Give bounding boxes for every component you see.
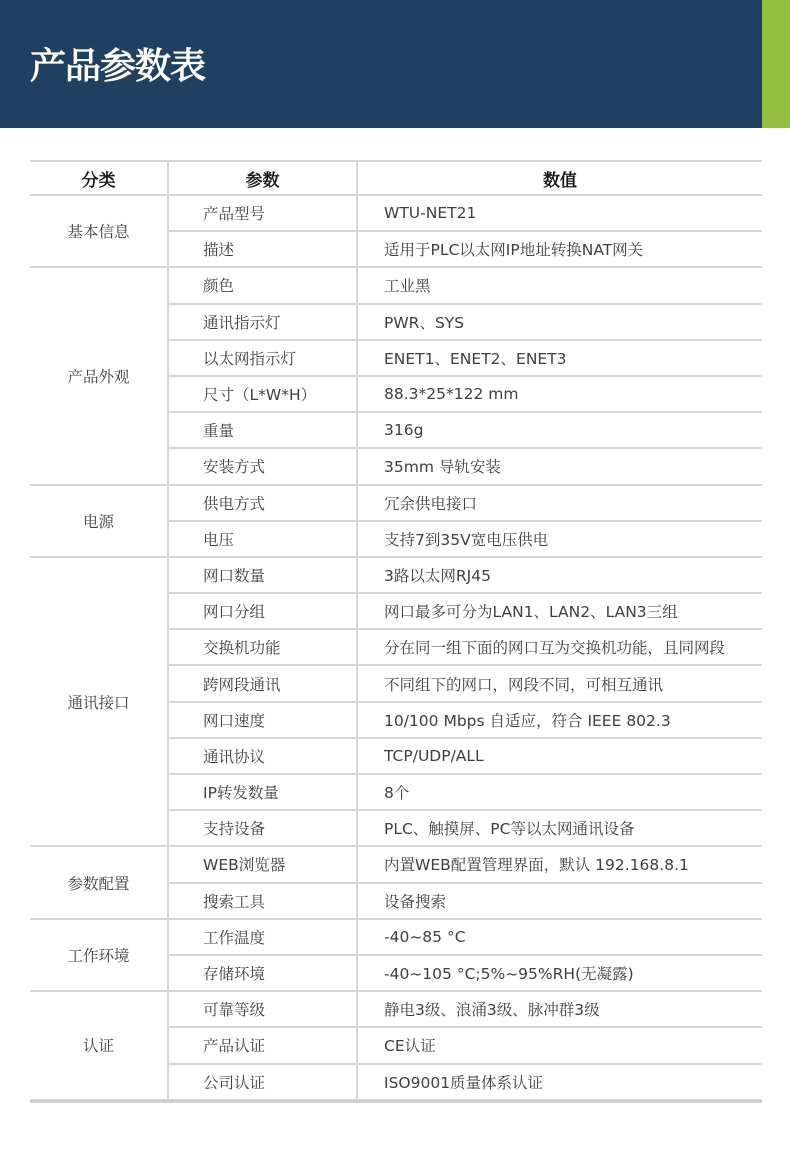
value-cell: 3路以太网RJ45	[357, 557, 762, 593]
param-cell: 公司认证	[168, 1064, 357, 1101]
value-cell: 设备搜索	[357, 883, 762, 919]
value-cell: 分在同一组下面的网口互为交换机功能，且同网段	[357, 629, 762, 665]
param-cell: 供电方式	[168, 485, 357, 521]
value-cell: 工业黑	[357, 267, 762, 303]
page-title: 产品参数表	[30, 42, 205, 92]
param-cell: 交换机功能	[168, 629, 357, 665]
table-row: 工作环境工作温度-40~85 °C	[30, 919, 762, 955]
value-cell: WTU-NET21	[357, 195, 762, 231]
table-row: 基本信息产品型号WTU-NET21	[30, 195, 762, 231]
param-cell: WEB浏览器	[168, 846, 357, 882]
value-cell: 内置WEB配置管理界面，默认 192.168.8.1	[357, 846, 762, 882]
category-cell: 电源	[30, 485, 168, 557]
value-cell: 不同组下的网口，网段不同，可相互通讯	[357, 665, 762, 701]
table-row: 产品外观颜色工业黑	[30, 267, 762, 303]
param-cell: 通讯指示灯	[168, 304, 357, 340]
param-cell: 搜索工具	[168, 883, 357, 919]
value-cell: 88.3*25*122 mm	[357, 376, 762, 412]
spec-table: 分类 参数 数值 基本信息产品型号WTU-NET21描述适用于PLC以太网IP地…	[30, 160, 762, 1103]
category-cell: 产品外观	[30, 267, 168, 484]
category-cell: 通讯接口	[30, 557, 168, 847]
value-cell: 冗余供电接口	[357, 485, 762, 521]
column-header-category: 分类	[30, 161, 168, 195]
value-cell: 网口最多可分为LAN1、LAN2、LAN3三组	[357, 593, 762, 629]
table-row: 参数配置WEB浏览器内置WEB配置管理界面，默认 192.168.8.1	[30, 846, 762, 882]
value-cell: -40~85 °C	[357, 919, 762, 955]
value-cell: 35mm 导轨安装	[357, 448, 762, 484]
param-cell: 颜色	[168, 267, 357, 303]
column-header-value: 数值	[357, 161, 762, 195]
param-cell: 产品认证	[168, 1027, 357, 1063]
category-cell: 认证	[30, 991, 168, 1101]
param-cell: 网口数量	[168, 557, 357, 593]
value-cell: PLC、触摸屏、PC等以太网通讯设备	[357, 810, 762, 846]
value-cell: 适用于PLC以太网IP地址转换NAT网关	[357, 231, 762, 267]
value-cell: 静电3级、浪涌3级、脉冲群3级	[357, 991, 762, 1027]
param-cell: 以太网指示灯	[168, 340, 357, 376]
category-cell: 工作环境	[30, 919, 168, 991]
value-cell: TCP/UDP/ALL	[357, 738, 762, 774]
value-cell: -40~105 °C;5%~95%RH(无凝露)	[357, 955, 762, 991]
accent-strip	[762, 0, 790, 128]
category-cell: 基本信息	[30, 195, 168, 267]
param-cell: 存储环境	[168, 955, 357, 991]
param-cell: 通讯协议	[168, 738, 357, 774]
param-cell: IP转发数量	[168, 774, 357, 810]
value-cell: 10/100 Mbps 自适应，符合 IEEE 802.3	[357, 702, 762, 738]
param-cell: 重量	[168, 412, 357, 448]
value-cell: ISO9001质量体系认证	[357, 1064, 762, 1101]
table-row: 认证可靠等级静电3级、浪涌3级、脉冲群3级	[30, 991, 762, 1027]
value-cell: 316g	[357, 412, 762, 448]
param-cell: 描述	[168, 231, 357, 267]
param-cell: 工作温度	[168, 919, 357, 955]
value-cell: ENET1、ENET2、ENET3	[357, 340, 762, 376]
param-cell: 尺寸（L*W*H）	[168, 376, 357, 412]
table-header-row: 分类 参数 数值	[30, 161, 762, 195]
param-cell: 电压	[168, 521, 357, 557]
column-header-param: 参数	[168, 161, 357, 195]
table-body: 基本信息产品型号WTU-NET21描述适用于PLC以太网IP地址转换NAT网关产…	[30, 195, 762, 1101]
param-cell: 可靠等级	[168, 991, 357, 1027]
category-cell: 参数配置	[30, 846, 168, 918]
param-cell: 跨网段通讯	[168, 665, 357, 701]
param-cell: 网口分组	[168, 593, 357, 629]
table-row: 电源供电方式冗余供电接口	[30, 485, 762, 521]
table-row: 通讯接口网口数量3路以太网RJ45	[30, 557, 762, 593]
param-cell: 网口速度	[168, 702, 357, 738]
value-cell: 支持7到35V宽电压供电	[357, 521, 762, 557]
param-cell: 支持设备	[168, 810, 357, 846]
param-cell: 产品型号	[168, 195, 357, 231]
value-cell: CE认证	[357, 1027, 762, 1063]
value-cell: 8个	[357, 774, 762, 810]
param-cell: 安装方式	[168, 448, 357, 484]
value-cell: PWR、SYS	[357, 304, 762, 340]
